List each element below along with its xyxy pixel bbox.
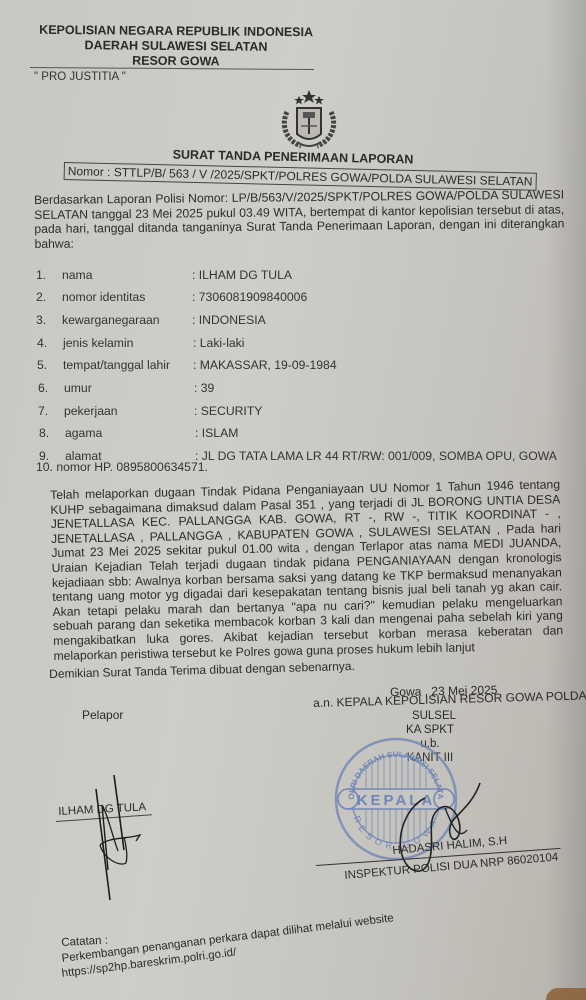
- identity-value: : Laki-laki: [193, 336, 244, 350]
- phone-number: 10. nomor HP. 0895800634571.: [36, 460, 208, 474]
- identity-row: 8.agama: ISLAM: [39, 426, 238, 440]
- identity-number: 7.: [38, 404, 64, 418]
- identity-row: 3.kewarganegaraan: INDONESIA: [36, 313, 266, 327]
- identity-row: 1.nama: ILHAM DG TULA: [36, 268, 292, 282]
- identity-label: pekerjaan: [64, 404, 194, 418]
- identity-label: agama: [65, 426, 195, 440]
- identity-label: tempat/tanggal lahir: [63, 358, 193, 372]
- intro-paragraph: Berdasarkan Laporan Polisi Nomor: LP/B/5…: [34, 187, 565, 251]
- report-description: Telah melaporkan dugaan Tindak Pidana Pe…: [50, 477, 564, 663]
- identity-number: 6.: [38, 381, 64, 395]
- identity-label: umur: [64, 381, 194, 395]
- police-report-receipt: KEPOLISIAN NEGARA REPUBLIK INDONESIA DAE…: [0, 0, 586, 1000]
- closing-statement: Demikian Surat Tanda Terima dibuat denga…: [49, 659, 355, 681]
- identity-value: : ILHAM DG TULA: [192, 268, 292, 282]
- table-corner: [546, 988, 586, 1000]
- identity-value: : MAKASSAR, 19-09-1984: [193, 358, 337, 372]
- identity-row: 6.umur: 39: [38, 381, 214, 395]
- header-line-1: KEPOLISIAN NEGARA REPUBLIK INDONESIA: [26, 23, 326, 41]
- identity-number: 1.: [36, 268, 62, 282]
- identity-value: : 39: [194, 381, 214, 395]
- identity-value: : SECURITY: [194, 404, 262, 418]
- identity-number: 3.: [36, 313, 62, 327]
- identity-label: nama: [62, 268, 192, 282]
- identity-row: 2.nomor identitas: 7306081909840006: [36, 290, 307, 304]
- reporter-signature: [80, 775, 150, 905]
- identity-label: jenis kelamin: [63, 336, 193, 350]
- on-behalf-of-2: SULSEL: [394, 710, 474, 722]
- identity-row: 4.jenis kelamin: Laki-laki: [37, 336, 244, 350]
- identity-number: 2.: [36, 290, 62, 304]
- police-emblem-icon: [273, 88, 345, 152]
- reporter-label: Pelapor: [82, 708, 123, 722]
- agency-header: KEPOLISIAN NEGARA REPUBLIK INDONESIA DAE…: [26, 23, 326, 71]
- identity-row: 5.tempat/tanggal lahir: MAKASSAR, 19-09-…: [37, 358, 337, 372]
- identity-number: 4.: [37, 336, 63, 350]
- identity-number: 8.: [39, 426, 65, 440]
- identity-label: kewarganegaraan: [62, 313, 192, 327]
- pro-justitia: " PRO JUSTITIA ": [34, 71, 126, 83]
- identity-row: 7.pekerjaan: SECURITY: [38, 404, 262, 418]
- paper-shadow: [546, 0, 586, 1000]
- identity-label: nomor identitas: [62, 290, 192, 304]
- identity-number: 5.: [37, 358, 63, 372]
- identity-value: : JL DG TATA LAMA LR 44 RT/RW: 001/009, …: [195, 449, 557, 463]
- identity-value: : INDONESIA: [192, 313, 266, 327]
- identity-value: : ISLAM: [195, 426, 238, 440]
- note-label: Catatan :: [61, 935, 108, 949]
- identity-value: : 7306081909840006: [192, 290, 307, 304]
